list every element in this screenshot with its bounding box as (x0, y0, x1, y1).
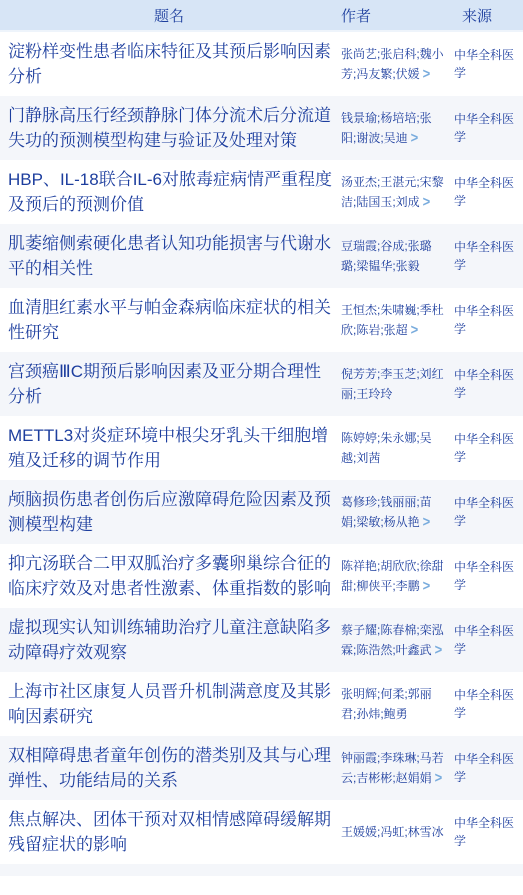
author-names[interactable]: 陈婷婷;朱永娜;吴越;刘茜 (341, 431, 432, 465)
article-title[interactable]: 抑亢汤联合二甲双胍治疗多囊卵巢综合征的临床疗效及对患者性激素、体重指数的影响 (0, 551, 338, 601)
article-authors: 陈祥艳;胡欣欣;徐甜甜;柳侠平;李鹏> (338, 556, 448, 596)
article-authors: 王媛媛;冯虹;林雪冰 (338, 822, 448, 842)
author-names[interactable]: 王恒杰;朱啸巍;季杜欣;陈岩;张超 (341, 303, 444, 337)
author-names[interactable]: 张明辉;何柔;郭丽君;孙炜;鲍勇 (341, 687, 432, 721)
chevron-right-icon[interactable]: > (435, 767, 443, 790)
article-source[interactable]: 中华全科医学 (448, 174, 523, 210)
article-title[interactable]: 双相障碍患者童年创伤的潜类别及其与心理弹性、功能结局的关系 (0, 743, 338, 793)
result-row[interactable]: 门静脉高压行经颈静脉门体分流术后分流道失功的预测模型构建与验证及处理对策 钱景瑜… (0, 96, 523, 160)
article-source[interactable]: 中华全科医学 (448, 558, 523, 594)
article-authors: 钟丽霞;李珠琳;马若云;吉彬彬;赵娟娟> (338, 748, 448, 788)
result-row[interactable]: METTL3对炎症环境中根尖牙乳头干细胞增殖及迁移的调节作用 陈婷婷;朱永娜;吴… (0, 416, 523, 480)
result-row[interactable]: 肌萎缩侧索硬化患者认知功能损害与代谢水平的相关性 豆瑞霞;谷成;张璐璐;梁韫华;… (0, 224, 523, 288)
article-source[interactable]: 中华全科医学 (448, 494, 523, 530)
article-source[interactable]: 中华全科医学 (448, 302, 523, 338)
article-authors: 张明辉;何柔;郭丽君;孙炜;鲍勇 (338, 684, 448, 724)
article-title[interactable]: 焦点解决、团体干预对双相情感障碍缓解期残留症状的影响 (0, 807, 338, 857)
header-source-column: 来源 (448, 5, 523, 26)
article-title[interactable]: 颅脑损伤患者创伤后应激障碍危险因素及预测模型构建 (0, 487, 338, 537)
author-names[interactable]: 王媛媛;冯虹;林雪冰 (341, 825, 444, 839)
article-authors: 倪芳芳;李玉芝;刘红丽;王玲玲 (338, 364, 448, 404)
article-authors: 钱景瑜;杨培培;张阳;谢波;吴迪> (338, 108, 448, 148)
article-title[interactable]: 虚拟现实认知训练辅助治疗儿童注意缺陷多动障碍疗效观察 (0, 615, 338, 665)
result-row[interactable]: 上海市社区康复人员晋升机制满意度及其影响因素研究 张明辉;何柔;郭丽君;孙炜;鲍… (0, 672, 523, 736)
article-title[interactable]: 血清胆红素水平与帕金森病临床症状的相关性研究 (0, 295, 338, 345)
search-results-table: 题名 作者 来源 淀粉样变性患者临床特征及其预后影响因素分析 张尚艺;张启科;魏… (0, 0, 523, 895)
article-source[interactable]: 中华全科医学 (448, 814, 523, 850)
article-title[interactable]: 门静脉高压行经颈静脉门体分流术后分流道失功的预测模型构建与验证及处理对策 (0, 103, 338, 153)
result-row[interactable]: 淀粉样变性患者临床特征及其预后影响因素分析 张尚艺;张启科;魏小芳;冯友繁;伏媛… (0, 32, 523, 96)
article-title[interactable]: 上海市社区康复人员晋升机制满意度及其影响因素研究 (0, 679, 338, 729)
result-row[interactable]: 虚拟现实认知训练辅助治疗儿童注意缺陷多动障碍疗效观察 蔡子耀;陈春棉;栾泓霖;陈… (0, 608, 523, 672)
result-row[interactable]: 焦点解决、团体干预对双相情感障碍缓解期残留症状的影响 王媛媛;冯虹;林雪冰 中华… (0, 800, 523, 864)
result-row[interactable]: HBP、IL-18联合IL-6对脓毒症病情严重程度及预后的预测价值 汤亚杰;王湛… (0, 160, 523, 224)
results-list: 淀粉样变性患者临床特征及其预后影响因素分析 张尚艺;张启科;魏小芳;冯友繁;伏媛… (0, 32, 523, 864)
chevron-right-icon[interactable]: > (423, 191, 431, 214)
article-authors: 汤亚杰;王湛元;宋黎洁;陆国玉;刘成> (338, 172, 448, 212)
article-source[interactable]: 中华全科医学 (448, 622, 523, 658)
chevron-right-icon[interactable]: > (411, 127, 419, 150)
article-source[interactable]: 中华全科医学 (448, 238, 523, 274)
author-names[interactable]: 豆瑞霞;谷成;张璐璐;梁韫华;张毅 (341, 239, 432, 273)
article-source[interactable]: 中华全科医学 (448, 750, 523, 786)
article-title[interactable]: METTL3对炎症环境中根尖牙乳头干细胞增殖及迁移的调节作用 (0, 423, 338, 473)
author-names[interactable]: 蔡子耀;陈春棉;栾泓霖;陈浩然;叶鑫武 (341, 623, 444, 657)
result-row[interactable]: 抑亢汤联合二甲双胍治疗多囊卵巢综合征的临床疗效及对患者性激素、体重指数的影响 陈… (0, 544, 523, 608)
author-names[interactable]: 钟丽霞;李珠琳;马若云;吉彬彬;赵娟娟 (341, 751, 444, 785)
chevron-right-icon[interactable]: > (423, 575, 431, 598)
table-header: 题名 作者 来源 (0, 0, 523, 32)
article-title[interactable]: HBP、IL-18联合IL-6对脓毒症病情严重程度及预后的预测价值 (0, 167, 338, 217)
article-source[interactable]: 中华全科医学 (448, 366, 523, 402)
chevron-right-icon[interactable]: > (435, 639, 443, 662)
article-source[interactable]: 中华全科医学 (448, 430, 523, 466)
chevron-right-icon[interactable]: > (423, 63, 431, 86)
article-source[interactable]: 中华全科医学 (448, 686, 523, 722)
header-title-column: 题名 (0, 5, 338, 26)
author-names[interactable]: 葛修珍;钱丽丽;苗娟;梁敏;杨从艳 (341, 495, 432, 529)
result-row[interactable]: 双相障碍患者童年创伤的潜类别及其与心理弹性、功能结局的关系 钟丽霞;李珠琳;马若… (0, 736, 523, 800)
result-row[interactable]: 血清胆红素水平与帕金森病临床症状的相关性研究 王恒杰;朱啸巍;季杜欣;陈岩;张超… (0, 288, 523, 352)
article-authors: 王恒杰;朱啸巍;季杜欣;陈岩;张超> (338, 300, 448, 340)
chevron-right-icon[interactable]: > (411, 319, 419, 342)
result-row[interactable]: 颅脑损伤患者创伤后应激障碍危险因素及预测模型构建 葛修珍;钱丽丽;苗娟;梁敏;杨… (0, 480, 523, 544)
article-authors: 陈婷婷;朱永娜;吴越;刘茜 (338, 428, 448, 468)
article-title[interactable]: 肌萎缩侧索硬化患者认知功能损害与代谢水平的相关性 (0, 231, 338, 281)
next-row-partial (0, 864, 523, 876)
article-authors: 豆瑞霞;谷成;张璐璐;梁韫华;张毅 (338, 236, 448, 276)
article-source[interactable]: 中华全科医学 (448, 110, 523, 146)
chevron-right-icon[interactable]: > (423, 511, 431, 534)
article-authors: 蔡子耀;陈春棉;栾泓霖;陈浩然;叶鑫武> (338, 620, 448, 660)
author-names[interactable]: 倪芳芳;李玉芝;刘红丽;王玲玲 (341, 367, 444, 401)
article-source[interactable]: 中华全科医学 (448, 46, 523, 82)
article-title[interactable]: 淀粉样变性患者临床特征及其预后影响因素分析 (0, 39, 338, 89)
result-row[interactable]: 宫颈癌ⅢC期预后影响因素及亚分期合理性分析 倪芳芳;李玉芝;刘红丽;王玲玲 中华… (0, 352, 523, 416)
header-author-column: 作者 (338, 5, 448, 26)
article-authors: 葛修珍;钱丽丽;苗娟;梁敏;杨从艳> (338, 492, 448, 532)
article-title[interactable]: 宫颈癌ⅢC期预后影响因素及亚分期合理性分析 (0, 359, 338, 409)
article-authors: 张尚艺;张启科;魏小芳;冯友繁;伏媛> (338, 44, 448, 84)
